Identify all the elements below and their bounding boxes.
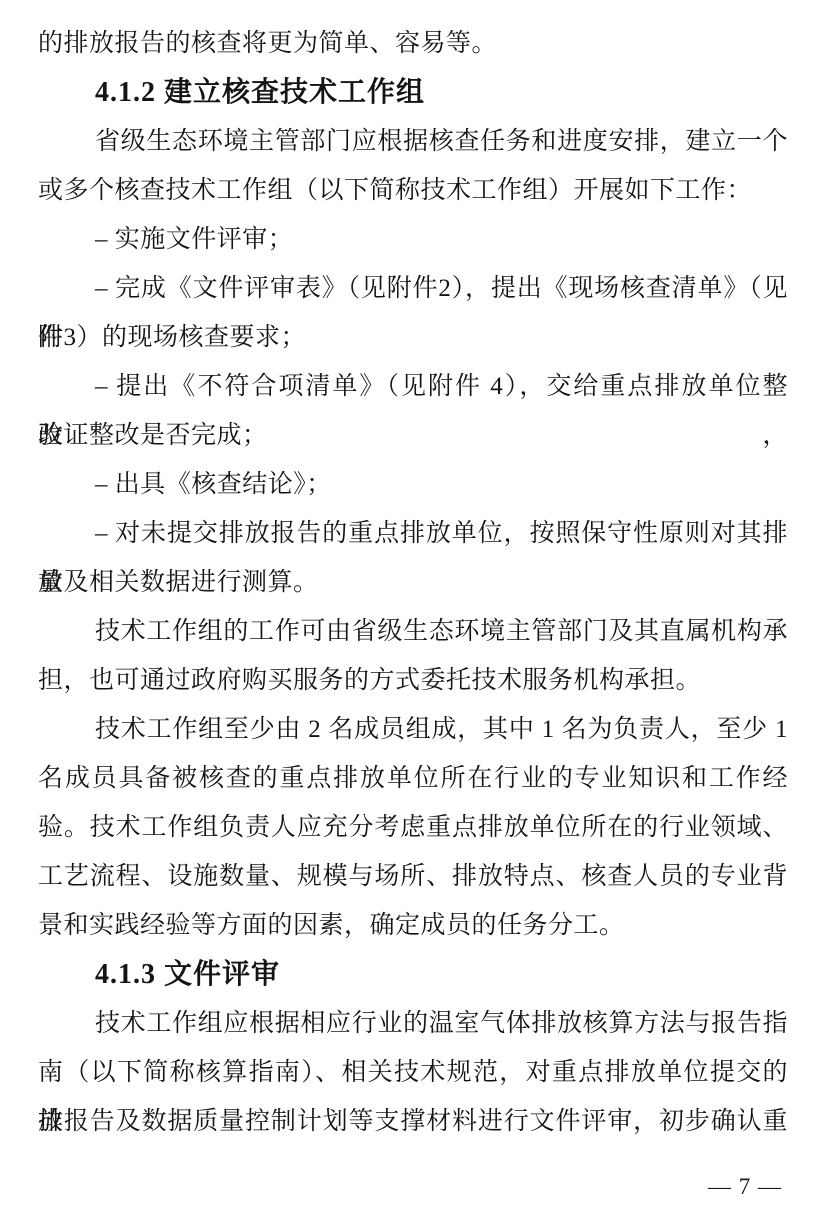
text-line: 或多个核查技术工作组（以下简称技术工作组）开展如下工作： [38, 166, 788, 215]
text-line: 件3）的现场核查要求； [38, 313, 788, 362]
list-item-line: – 实施文件评审； [38, 215, 788, 264]
section-heading-4-1-2: 4.1.2 建立核查技术工作组 [38, 68, 788, 117]
list-item-line: – 对未提交排放报告的重点排放单位，按照保守性原则对其排放 [38, 509, 788, 558]
list-item-line: – 出具《核查结论》； [38, 460, 788, 509]
page-number: — 7 — [708, 1172, 782, 1202]
document-page: 的排放报告的核查将更为简单、容易等。 4.1.2 建立核查技术工作组 省级生态环… [0, 0, 828, 1231]
text-line: 工艺流程、设施数量、规模与场所、排放特点、核查人员的专业背 [38, 852, 788, 901]
text-line: 名成员具备被核查的重点排放单位所在行业的专业知识和工作经 [38, 754, 788, 803]
text-line: 南（以下简称核算指南）、相关技术规范，对重点排放单位提交的排 [38, 1048, 788, 1097]
text-line: 省级生态环境主管部门应根据核查任务和进度安排，建立一个 [38, 117, 788, 166]
text-line: 的排放报告的核查将更为简单、容易等。 [38, 19, 788, 68]
text-line: 技术工作组应根据相应行业的温室气体排放核算方法与报告指 [38, 999, 788, 1048]
text-line: 担，也可通过政府购买服务的方式委托技术服务机构承担。 [38, 656, 788, 705]
body-text: 的排放报告的核查将更为简单、容易等。 4.1.2 建立核查技术工作组 省级生态环… [38, 19, 788, 1146]
text-line: 放报告及数据质量控制计划等支撑材料进行文件评审，初步确认重 [38, 1097, 788, 1146]
text-line: 验。技术工作组负责人应充分考虑重点排放单位所在的行业领域、 [38, 803, 788, 852]
list-item-line: – 完成《文件评审表》（见附件2），提出《现场核查清单》（见附 [38, 264, 788, 313]
section-heading-4-1-3: 4.1.3 文件评审 [38, 950, 788, 999]
text-line: 技术工作组的工作可由省级生态环境主管部门及其直属机构承 [38, 607, 788, 656]
list-item-line: – 提出《不符合项清单》（见附件 4），交给重点排放单位整改， [38, 362, 788, 411]
text-line: 量及相关数据进行测算。 [38, 558, 788, 607]
text-line: 技术工作组至少由 2 名成员组成，其中 1 名为负责人，至少 1 [38, 705, 788, 754]
text-line: 景和实践经验等方面的因素，确定成员的任务分工。 [38, 901, 788, 950]
